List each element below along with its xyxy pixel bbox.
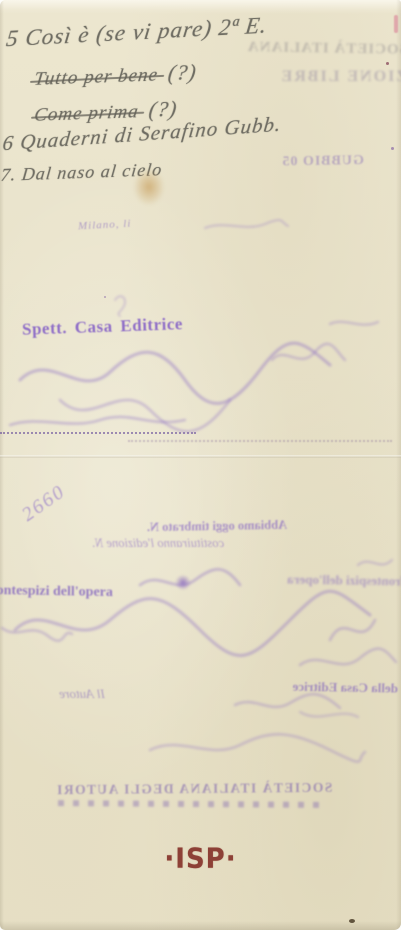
- paper-top-edge: [0, 0, 401, 14]
- ink-smudge: [150, 734, 365, 761]
- ink-speck: [104, 296, 106, 298]
- ghost-text-zione-libre: ZIONE LIBRE: [192, 68, 401, 86]
- ink-smudge: [2, 628, 72, 641]
- stamp-abbiamo-oggi-timbrato: Abbiamo oggi timbrato N.: [108, 517, 326, 536]
- ghost-text-societa-italiana: SOCIETÀ ITALIANA: [198, 38, 401, 59]
- ink-smudge: [330, 322, 378, 325]
- stamp-societa-italiana-autori-mirrored: SOCIETÀ ITALIANA DEGLI AUTORI: [48, 780, 340, 799]
- pink-edge-mark: [394, 15, 398, 33]
- ink-smudge: [358, 560, 392, 565]
- ink-smudge: [300, 712, 358, 717]
- paper-right-edge: [396, 0, 401, 930]
- scanned-paper: SOCIETÀ ITALIANA ZIONE LIBRE GUBBIO 05 5…: [0, 0, 401, 930]
- ink-speck: [386, 62, 389, 65]
- ink-smudge: [272, 344, 345, 360]
- paper-bottom-edge: [0, 921, 401, 930]
- ink-smudge: [300, 649, 396, 665]
- ink-smudge: [115, 296, 125, 316]
- stamp-date-line: Milano, li: [78, 218, 132, 233]
- ink-speck: [349, 919, 355, 923]
- ink-smudge: [235, 694, 340, 708]
- isp-logo: ·ISP·: [164, 843, 236, 875]
- pencil-note-text-struck: Tutto per bene: [33, 65, 159, 91]
- ink-smudge: [20, 343, 330, 403]
- ink-smudge: [205, 220, 288, 228]
- handwritten-stamp-number: 2660: [18, 480, 71, 526]
- stamp-frontespizi-left: frontespizi dell'opera: [0, 583, 113, 601]
- stamp-costituiranno: costituiranno l'edizione N.: [48, 536, 268, 551]
- dotted-rule: [128, 440, 392, 442]
- paper-stain: [133, 168, 165, 206]
- ink-smudge: [10, 417, 185, 425]
- stamp-il-autore: Il Autore: [20, 686, 105, 702]
- dotted-rule: [0, 432, 196, 434]
- ink-smudge: [60, 400, 230, 431]
- ink-smudge: [330, 620, 375, 640]
- stamp-spett-casa-editrice: Spett. Casa Editrice: [22, 314, 184, 340]
- ink-speck: [391, 147, 394, 150]
- ink-smudge: [15, 591, 370, 655]
- stamp-frontespizi-right-mirrored: frontespizi dell'opera: [230, 570, 401, 589]
- paper-crease: [0, 455, 401, 458]
- stamp-subline-dashes: [58, 800, 320, 808]
- pencil-note-suffix: (?): [167, 60, 198, 85]
- pencil-note-line-2: Tutto per bene(?): [33, 60, 198, 91]
- stamp-casa-editrice-mirrored: della Casa Editrice: [220, 677, 398, 696]
- ghost-text-fragment: GUBBIO 05: [254, 153, 364, 171]
- ink-blot: [175, 575, 191, 590]
